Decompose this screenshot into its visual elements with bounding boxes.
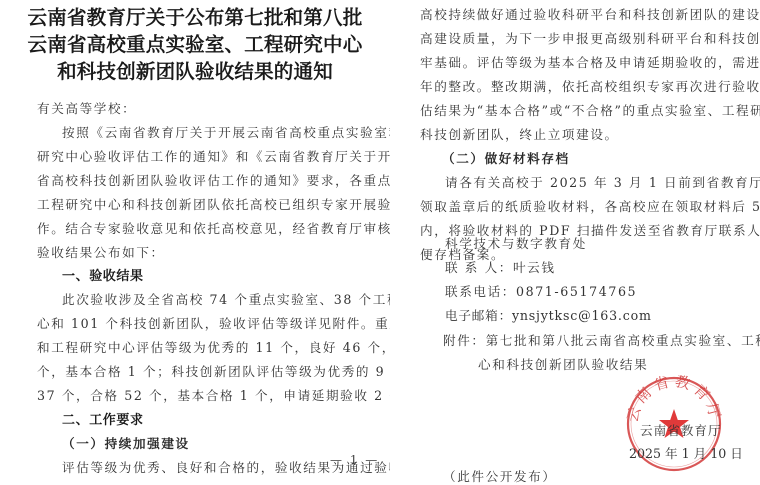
contact-phone: 联系电话：0871-65174765 [445, 281, 637, 300]
subsection-2-line: 请各有关高校于 2025 年 3 月 1 日前到省教育厅 603 办公室 [445, 172, 760, 191]
intro-line: 验收结果公布如下： [37, 242, 165, 261]
section-1-line: 和工程研究中心评估等级为优秀的 11 个，良好 46 个，合格 54 [37, 337, 449, 356]
document-title: 云南省教育厅关于公布第七批和第八批 云南省高校重点实验室、工程研究中心 和科技创… [0, 4, 390, 85]
subsection-1-line: 估结果为“基本合格”或“不合格”的重点实验室、工程研究中心和 [420, 100, 760, 119]
subsection-2-heading: （二）做好材料存档 [442, 148, 570, 167]
attachment-line-2: 心和科技创新团队验收结果 [478, 354, 648, 373]
contact-person: 联 系 人：叶云钱 [445, 257, 556, 276]
intro-line: 工程研究中心和科技创新团队依托高校已组织专家开展验收工 [37, 194, 420, 213]
title-line-1: 云南省教育厅关于公布第七批和第八批 [0, 4, 390, 31]
subsection-1-line: 科技创新团队，终止立项建设。 [420, 124, 619, 143]
subsection-2-line: 领取盖章后的纸质验收材料，各高校应在领取材料后 5 个工作日 [420, 196, 760, 215]
salutation: 有关高等学校： [37, 98, 136, 117]
contact-email: 电子邮箱：ynsjytksc@163.com [445, 305, 652, 324]
intro-line: 研究中心验收评估工作的通知》和《云南省教育厅关于开展云南 [37, 146, 434, 165]
signature-org: 云南省教育厅 [640, 420, 722, 439]
intro-line: 作。结合专家验收意见和依托高校意见，经省教育厅审核，现将 [37, 218, 434, 237]
subsection-1-heading: （一）持续加强建设 [62, 433, 190, 452]
section-2-heading: 二、工作要求 [62, 409, 144, 428]
intro-line: 按照《云南省教育厅关于开展云南省高校重点实验室和工程 [62, 122, 431, 141]
contact-department: 科学技术与数字教育处 [445, 233, 587, 252]
section-1-line: 心和 101 个科技创新团队，验收评估等级详见附件。重点实验室 [37, 313, 446, 332]
subsection-1-line: 高建设质量，为下一步申报更高级别科研平台和科技创新团队筑 [420, 28, 760, 47]
title-line-3: 和科技创新团队验收结果的通知 [0, 58, 390, 85]
section-1-heading: 一、验收结果 [62, 265, 144, 284]
subsection-1-line: 牢基础。评估等级为基本合格及申请延期验收的，需进行为期 1 [420, 52, 760, 71]
section-1-line: 此次验收涉及全省高校 74 个重点实验室、38 个工程研究中 [62, 289, 444, 308]
intro-line: 省高校科技创新团队验收评估工作的通知》要求，各重点实验室、 [37, 170, 449, 189]
page-1: 云南省教育厅关于公布第七批和第八批 云南省高校重点实验室、工程研究中心 和科技创… [0, 0, 390, 485]
subsection-1-line: 高校持续做好通过验收科研平台和科技创新团队的建设工作，提 [420, 4, 760, 23]
subsection-1-line: 年的整改。整改期满，依托高校组织专家再次进行验收评估，评 [420, 76, 760, 95]
title-line-2: 云南省高校重点实验室、工程研究中心 [0, 31, 390, 58]
page-number: — 1 — [330, 453, 379, 467]
section-1-line: 个，基本合格 1 个；科技创新团队评估等级为优秀的 9 个，良好 [37, 361, 448, 380]
section-1-line: 37 个，合格 52 个，基本合格 1 个，申请延期验收 2 个。 [37, 385, 418, 404]
publication-note: （此件公开发布） [443, 466, 557, 485]
signature-date: 2025 年 1 月 10 日 [629, 443, 743, 462]
attachment-line-1: 附件：第七批和第八批云南省高校重点实验室、工程研究中 [443, 330, 760, 349]
